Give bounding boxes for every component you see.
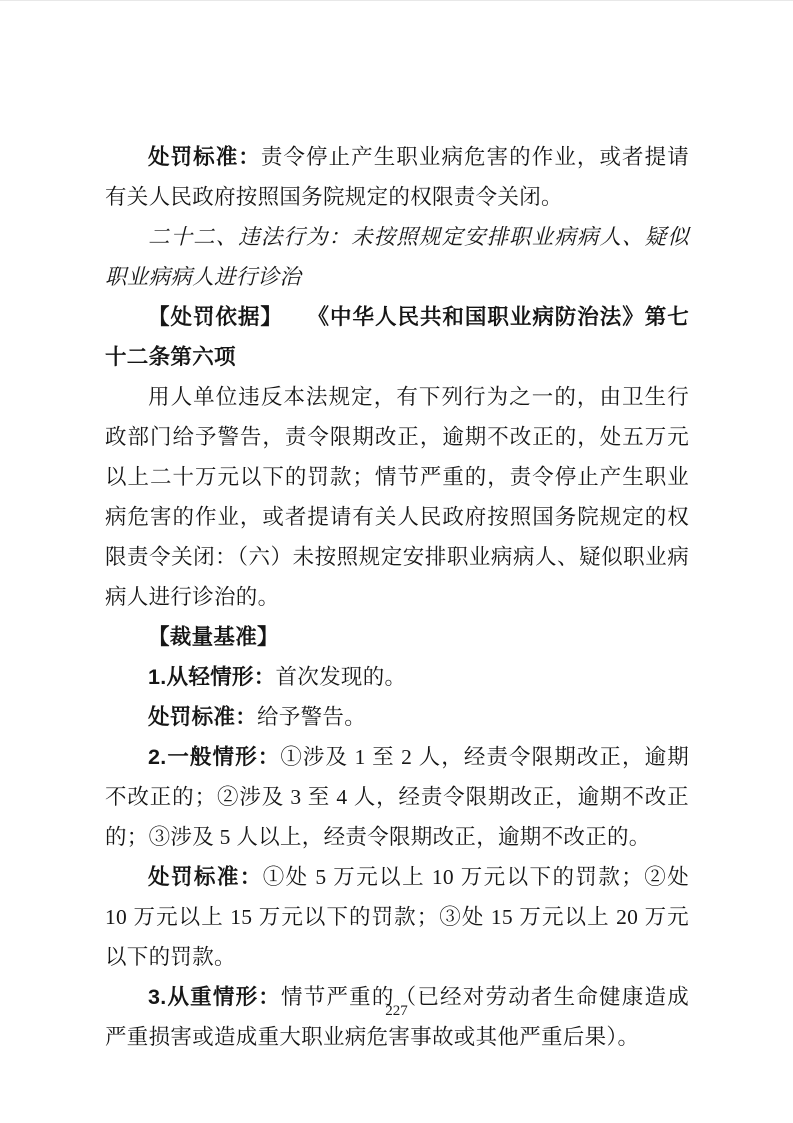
discretion-benchmark-heading: 【裁量基准】 [105,617,689,657]
penalty-standard-1-text: 给予警告。 [257,705,366,729]
document-body: 处罚标准：责令停止产生职业病危害的作业，或者提请有关人民政府按照国务院规定的权限… [105,137,689,1057]
penalty-standard-1-label: 处罚标准： [148,705,257,729]
mitigating-circumstance-paragraph: 1.从轻情形：首次发现的。 [105,657,689,697]
penalty-standard-label: 处罚标准： [148,145,261,169]
mitigating-circumstance-label: 1.从轻情形： [148,665,276,689]
document-page: 处罚标准：责令停止产生职业病危害的作业，或者提请有关人民政府按照国务院规定的权限… [0,0,793,1123]
general-circumstance-paragraph: 2.一般情形：①涉及 1 至 2 人，经责令限期改正，逾期不改正的；②涉及 3 … [105,737,689,857]
penalty-basis-label: 【处罚依据】 [148,305,283,329]
page-number: 227 [385,1003,408,1019]
general-circumstance-label: 2.一般情形： [148,745,280,769]
penalty-standard-2-label: 处罚标准： [148,865,263,889]
discretion-benchmark-label: 【裁量基准】 [148,625,279,649]
penalty-basis-heading: 【处罚依据】《中华人民共和国职业病防治法》第七十二条第六项 [105,297,689,377]
mitigating-circumstance-text: 首次发现的。 [276,665,407,689]
penalty-standard-2-paragraph: 处罚标准：①处 5 万元以上 10 万元以下的罚款；②处 10 万元以上 15 … [105,857,689,977]
law-excerpt-paragraph: 用人单位违反本法规定，有下列行为之一的，由卫生行政部门给予警告，责令限期改正，逾… [105,377,689,617]
penalty-standard-paragraph: 处罚标准：责令停止产生职业病危害的作业，或者提请有关人民政府按照国务院规定的权限… [105,137,689,217]
violation-heading: 二十二、违法行为：未按照规定安排职业病病人、疑似职业病病人进行诊治 [105,217,689,297]
page-footer: 227 [0,1000,793,1022]
penalty-standard-1-paragraph: 处罚标准：给予警告。 [105,697,689,737]
